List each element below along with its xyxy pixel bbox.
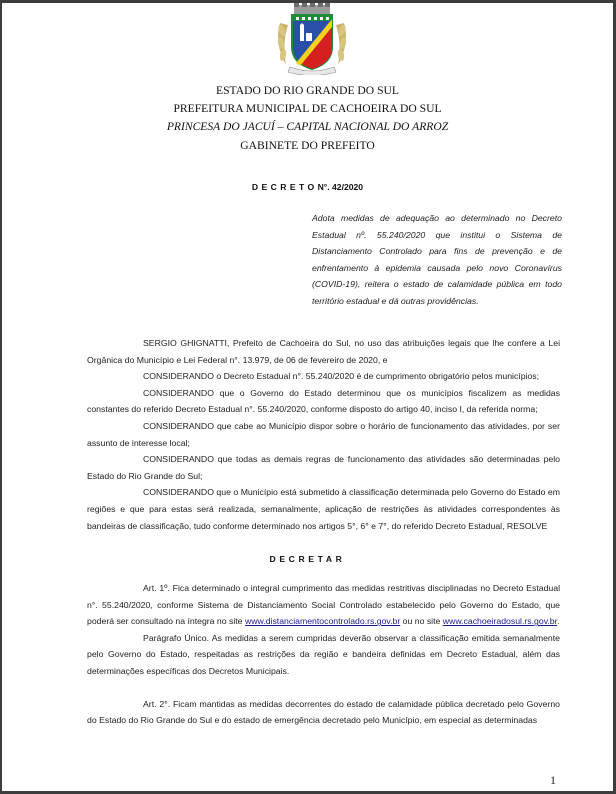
link-cachoeira-do-sul[interactable]: www.cachoeiradosul.rs.gov.br — [443, 616, 557, 626]
header-office: GABINETE DO PREFEITO — [2, 137, 613, 155]
document-page: ESTADO DO RIO GRANDE DO SUL PREFEITURA M… — [2, 3, 613, 791]
link-distanciamento-controlado[interactable]: www.distanciamentocontrolado.rs.gov.br — [245, 616, 400, 626]
article-2: Art. 2°. Ficam mantidas as medidas decor… — [87, 696, 560, 729]
letterhead: ESTADO DO RIO GRANDE DO SUL PREFEITURA M… — [2, 82, 613, 155]
articles: Art. 1º. Fica determinado o integral cum… — [87, 580, 560, 729]
article-1-text-mid: ou no site — [400, 616, 443, 626]
paragrafo-unico: Parágrafo Único. As medidas a serem cump… — [87, 630, 560, 680]
header-prefecture: PREFEITURA MUNICIPAL DE CACHOEIRA DO SUL — [2, 100, 613, 118]
preamble-paragraph: SERGIO GHIGNATTI, Prefeito de Cachoeira … — [87, 335, 560, 368]
article-1-text-end: . — [557, 616, 559, 626]
preamble-paragraph: CONSIDERANDO que o Governo do Estado det… — [87, 385, 560, 418]
decree-title-word: DECRETO — [252, 182, 318, 192]
page-number: 1 — [550, 773, 556, 788]
decree-summary: Adota medidas de adequação ao determinad… — [312, 210, 562, 310]
header-state: ESTADO DO RIO GRANDE DO SUL — [2, 82, 613, 100]
preamble-paragraph: CONSIDERANDO que o Município está submet… — [87, 484, 560, 534]
coat-of-arms-icon — [272, 3, 352, 75]
preamble-paragraph: CONSIDERANDO que todas as demais regras … — [87, 451, 560, 484]
preamble-paragraph: CONSIDERANDO que cabe ao Município dispo… — [87, 418, 560, 451]
preamble-paragraph: CONSIDERANDO o Decreto Estadual n°. 55.2… — [87, 368, 560, 385]
article-1: Art. 1º. Fica determinado o integral cum… — [87, 580, 560, 630]
decree-number: N°. 42/2020 — [318, 182, 363, 192]
header-motto: PRINCESA DO JACUÍ – CAPITAL NACIONAL DO … — [2, 118, 613, 136]
section-title: DECRETAR — [2, 554, 613, 564]
decree-title: DECRETON°. 42/2020 — [2, 182, 613, 192]
preamble: SERGIO GHIGNATTI, Prefeito de Cachoeira … — [87, 335, 560, 534]
